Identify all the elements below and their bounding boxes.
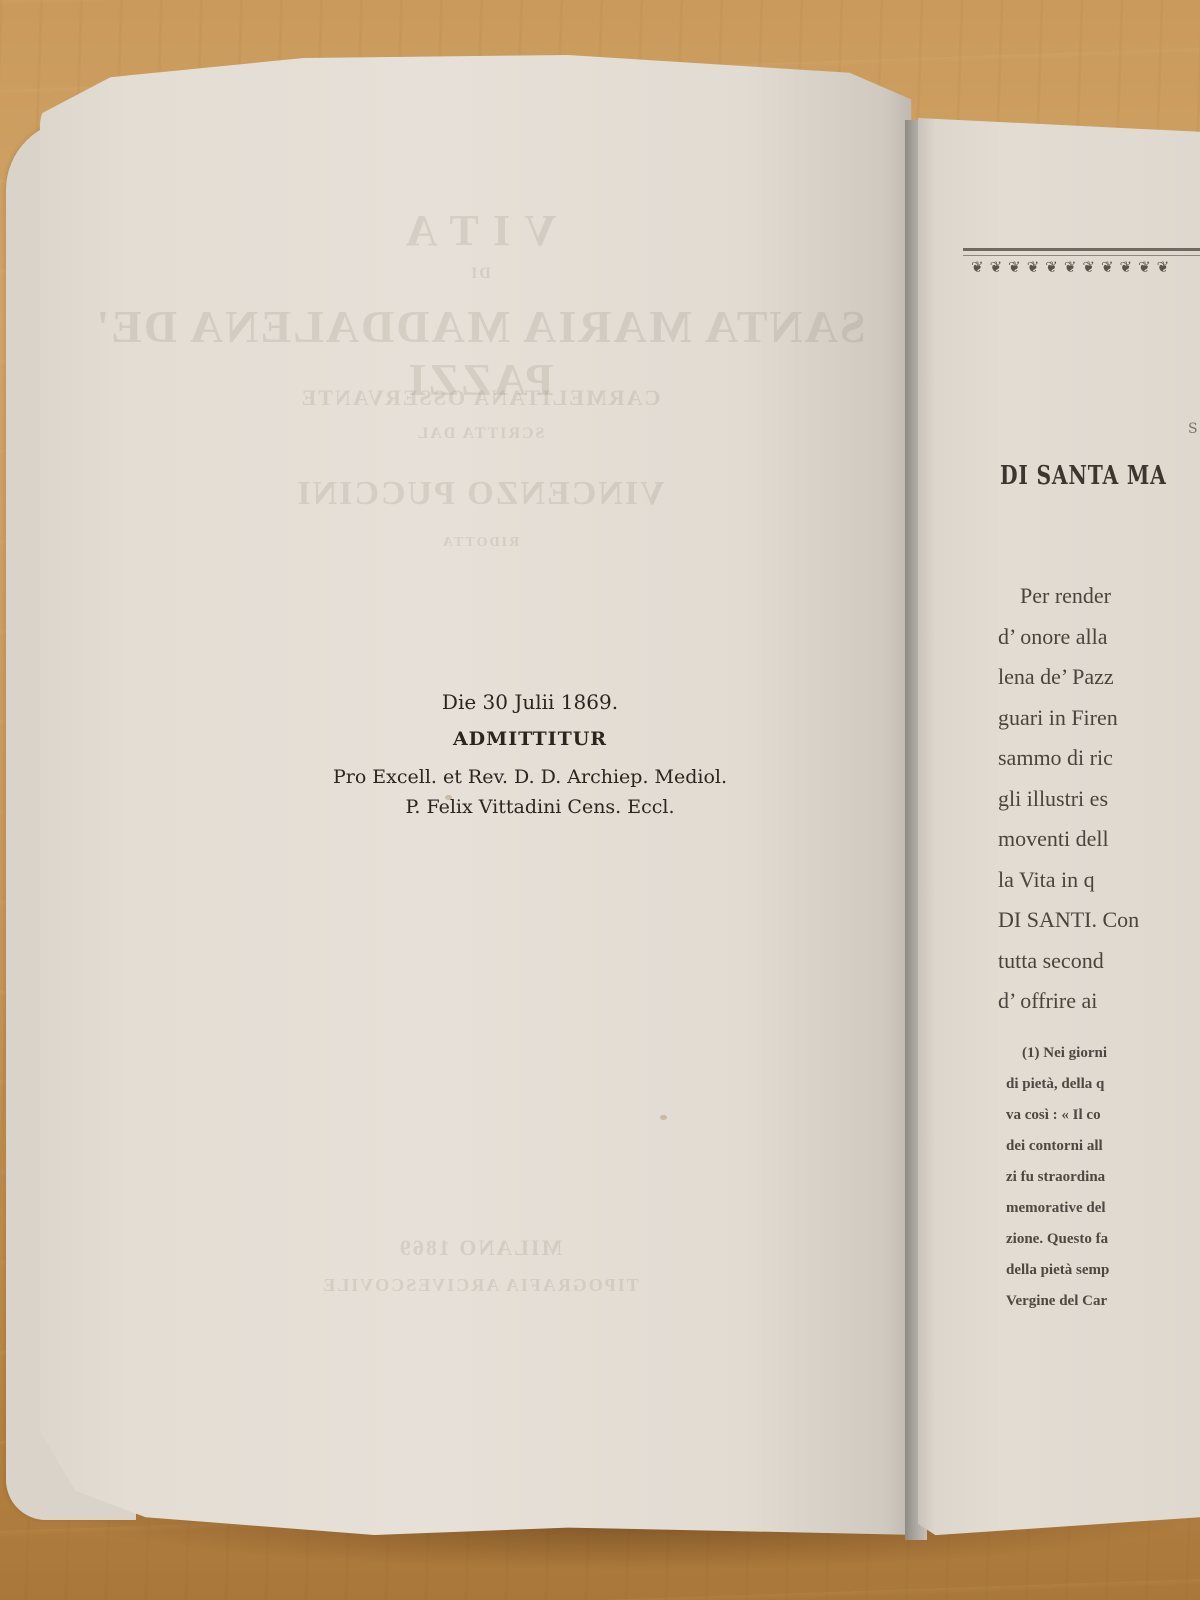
body-line: moventi dell <box>998 819 1139 860</box>
footnote: (1) Nei giorni di pietà, della q va così… <box>1006 1038 1109 1317</box>
footnote-line: Vergine del Car <box>1006 1286 1109 1317</box>
body-line: sammo di ric <box>998 738 1139 779</box>
imprimatur-line-2: P. Felix Vittadini Cens. Eccl. <box>230 792 830 822</box>
imprimatur-line-1: Pro Excell. et Rev. D. D. Archiep. Medio… <box>230 762 830 792</box>
bleed-through-line: SCRITTA DAL <box>40 425 920 443</box>
body-line: Per render <box>998 576 1139 617</box>
bleed-through-line: DI <box>40 265 920 283</box>
right-page: ❦❦❦❦❦❦❦❦❦❦❦ SUL DI SANTA MA Per render d… <box>918 118 1200 1538</box>
bleed-through-line: V I T A <box>40 205 920 256</box>
body-line: gli illustri es <box>998 779 1139 820</box>
paper-stain <box>660 1115 667 1120</box>
body-text: Per render d’ onore alla lena de’ Pazz g… <box>998 576 1139 1022</box>
body-line: d’ offrire ai <box>998 981 1139 1022</box>
bleed-through-line: CARMELITANA OSSERVANTE <box>40 385 920 411</box>
chapter-heading-main: DI SANTA MA <box>1000 461 1167 491</box>
bleed-through-line: RIDOTTA <box>40 535 920 551</box>
footnote-line: zione. Questo fa <box>1006 1224 1109 1255</box>
ornament-rule <box>963 248 1200 256</box>
footnote-line: (1) Nei giorni <box>1006 1038 1109 1069</box>
footnote-line: zi fu straordina <box>1006 1162 1109 1193</box>
body-line: guari in Firen <box>998 698 1139 739</box>
bleed-through-line: TIPOGRAFIA ARCIVESCOVILE <box>40 1275 920 1296</box>
body-line: d’ onore alla <box>998 617 1139 658</box>
footnote-line: va così : « Il co <box>1006 1100 1109 1131</box>
imprimatur-heading: ADMITTITUR <box>230 728 830 750</box>
body-line: DI SANTI. Con <box>998 900 1139 941</box>
bleed-through-line: MILANO 1869 <box>40 1235 920 1261</box>
body-line: tutta second <box>998 941 1139 982</box>
footnote-line: dei contorni all <box>1006 1131 1109 1162</box>
imprimatur-block: Die 30 Julii 1869. ADMITTITUR Pro Excell… <box>230 690 830 822</box>
header-ornament: ❦❦❦❦❦❦❦❦❦❦❦ <box>963 248 1200 276</box>
body-line: la Vita in q <box>998 860 1139 901</box>
footnote-line: della pietà semp <box>1006 1255 1109 1286</box>
body-line: lena de’ Pazz <box>998 657 1139 698</box>
footnote-line: memorative del <box>1006 1193 1109 1224</box>
chapter-heading-small: SUL <box>1188 421 1200 437</box>
footnote-line: di pietà, della q <box>1006 1069 1109 1100</box>
ornament-drops-icon: ❦❦❦❦❦❦❦❦❦❦❦ <box>971 258 1175 276</box>
imprimatur-date: Die 30 Julii 1869. <box>230 690 830 714</box>
bleed-through-line: VINCENZO PUCCINI <box>40 475 920 513</box>
